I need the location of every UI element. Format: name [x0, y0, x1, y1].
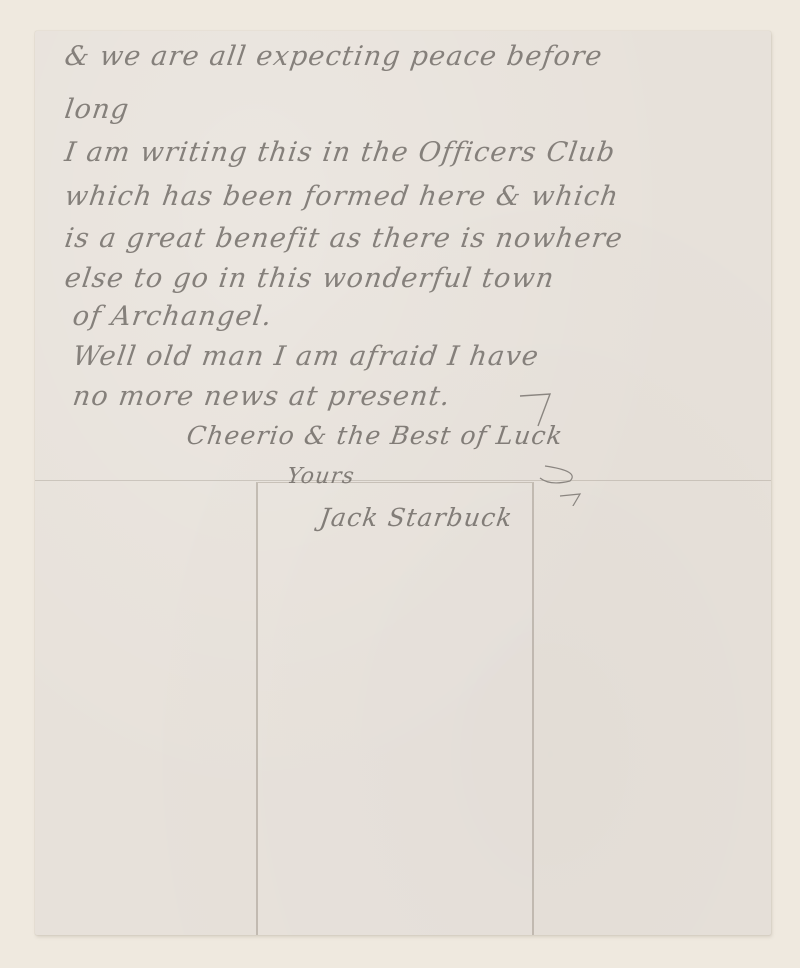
valediction: Yours [285, 464, 356, 489]
folded-panel-outline [256, 482, 534, 935]
letter-line-1: & we are all expecting peace before [63, 41, 605, 72]
letter-line-4: which has been formed here & which [63, 181, 621, 212]
signature-flourish-icon [510, 386, 600, 506]
letter-line-5: is a great benefit as there is nowhere [63, 223, 625, 254]
letter-line-9: no more news at present. [71, 381, 453, 412]
letter-sheet: & we are all expecting peace before long… [35, 31, 771, 935]
horizontal-fold-line [35, 480, 771, 481]
letter-line-3: I am writing this in the Officers Club [63, 137, 618, 168]
letter-line-2: long [63, 94, 132, 125]
closing-line: Cheerio & the Best of Luck [185, 421, 565, 450]
letter-line-7: of Archangel. [71, 301, 275, 332]
letter-line-8: Well old man I am afraid I have [71, 341, 541, 372]
letter-line-6: else to go in this wonderful town [63, 263, 557, 294]
signature: Jack Starbuck [318, 503, 515, 532]
